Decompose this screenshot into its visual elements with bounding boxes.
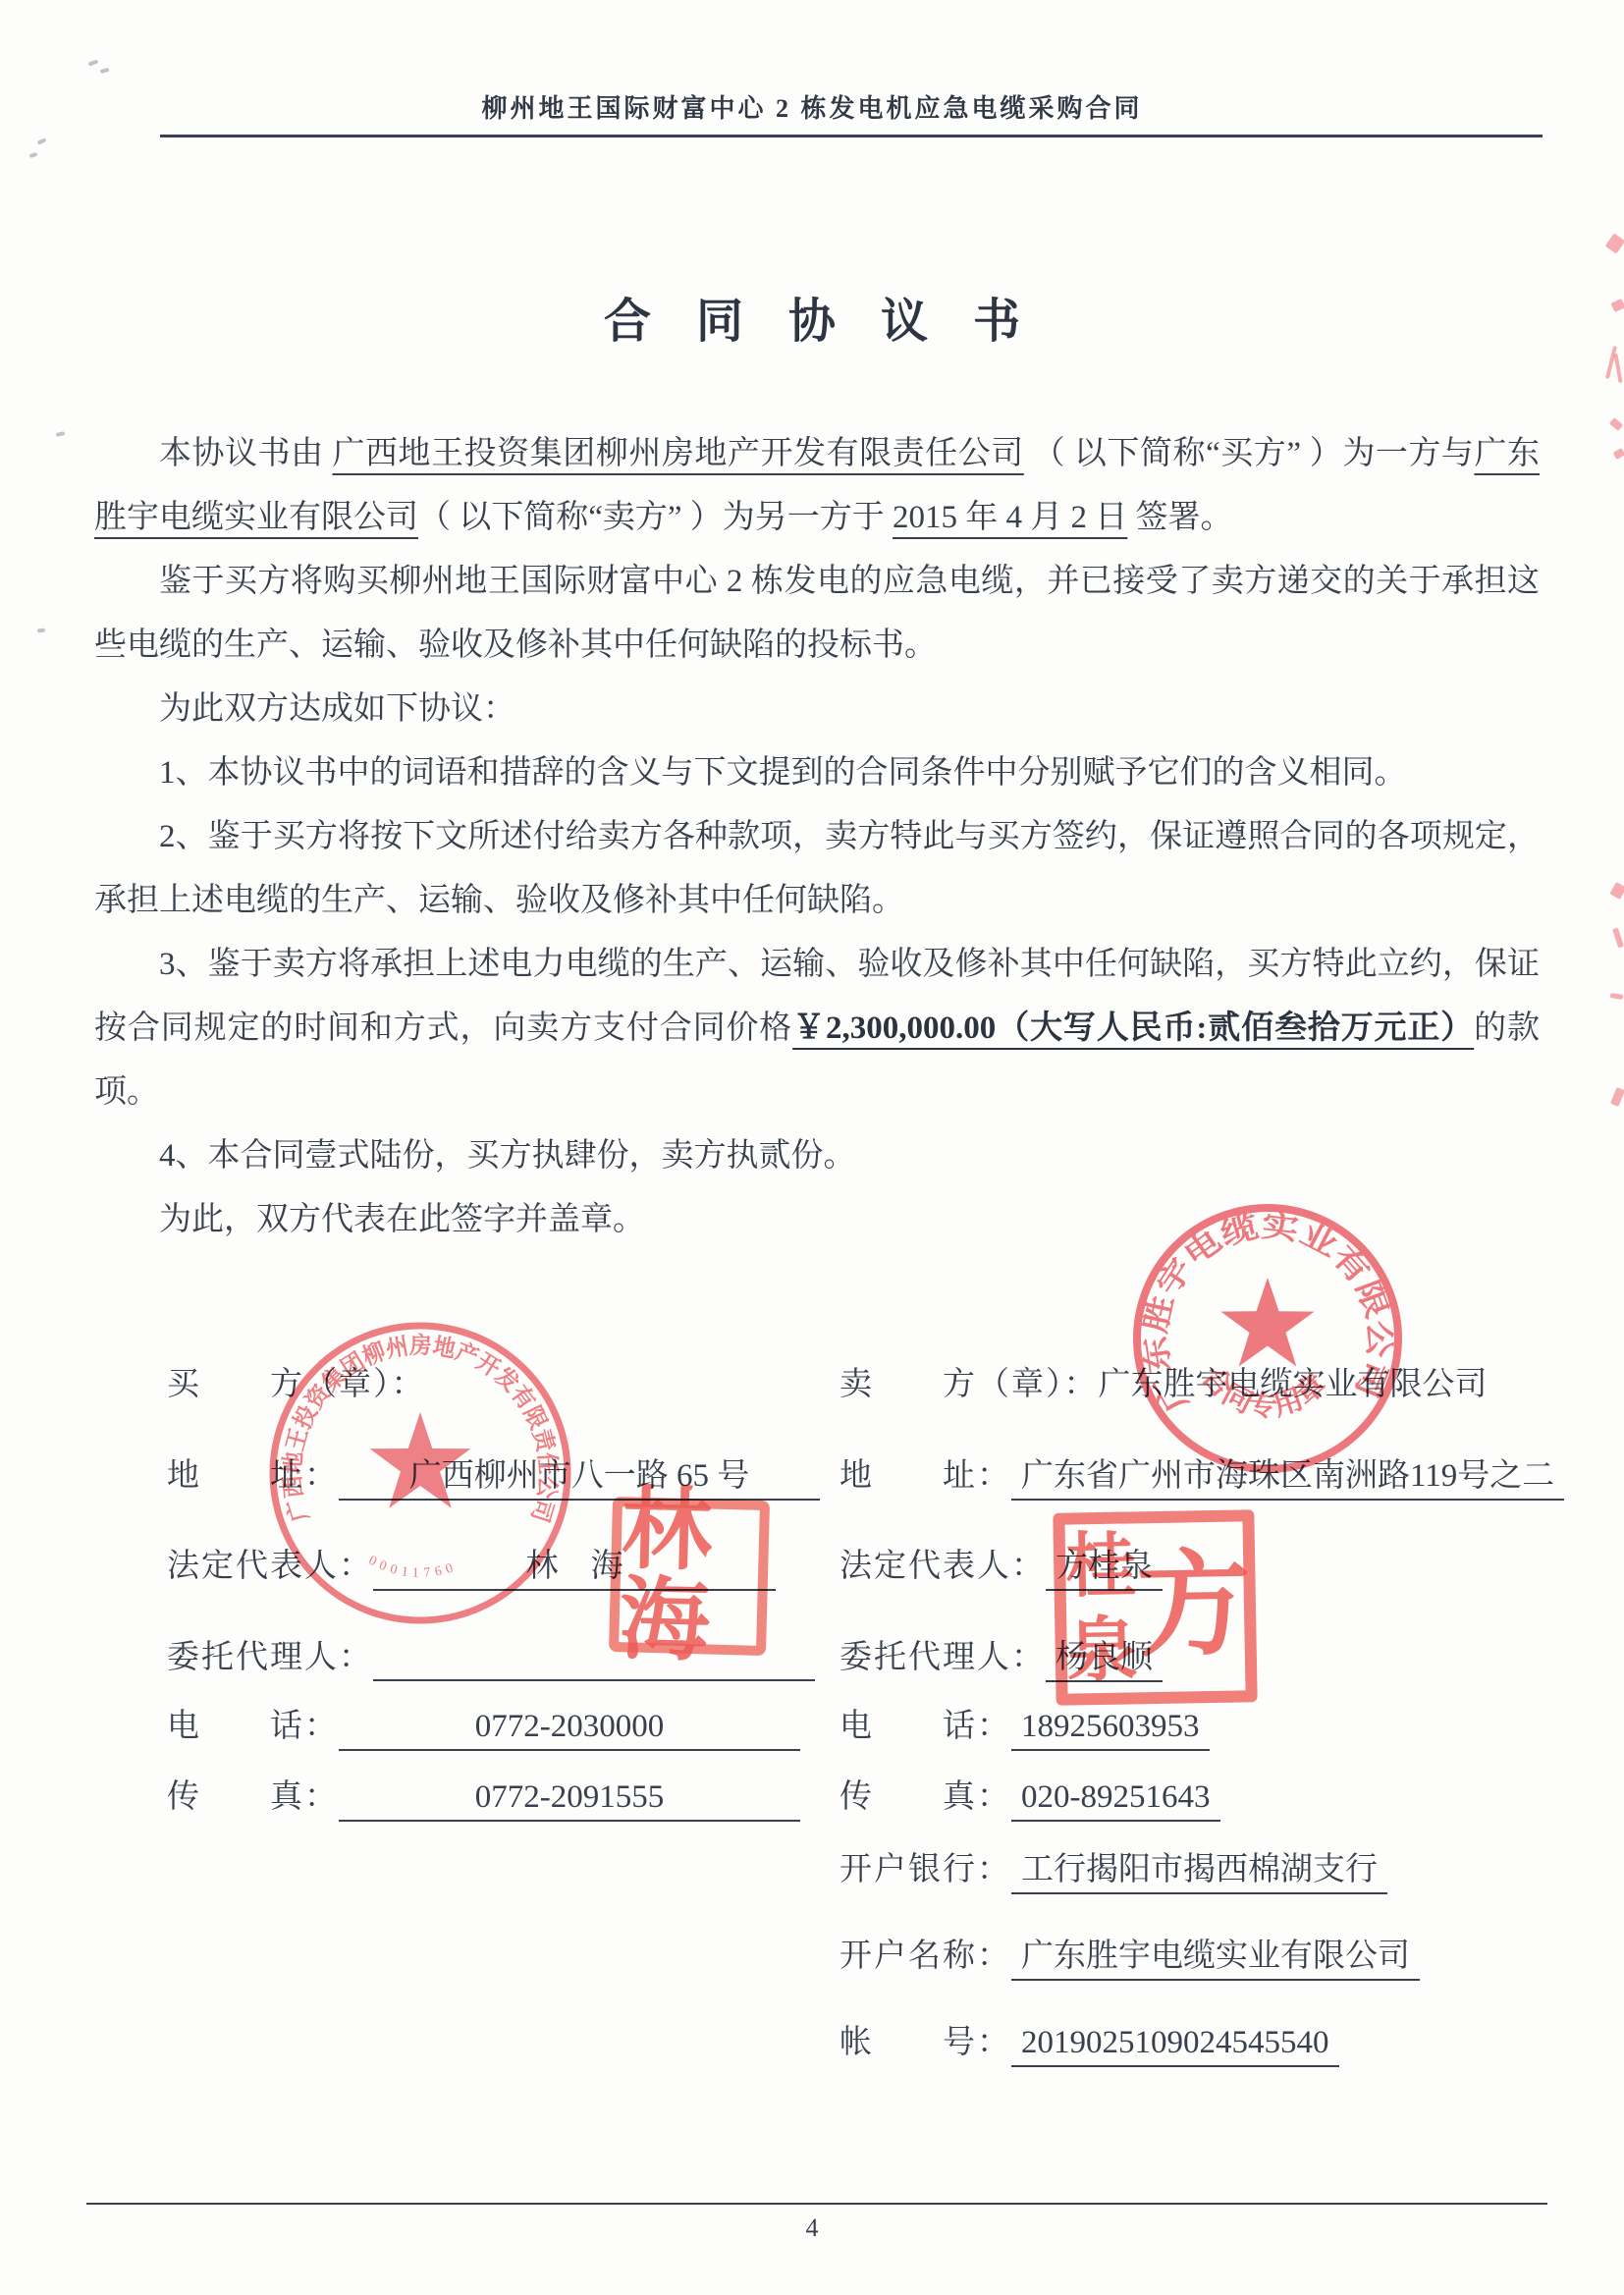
signing-date: 2015 年 4 月 2 日 <box>893 500 1127 535</box>
scan-artifact <box>1613 448 1624 460</box>
buyer-phone-label: 电 话： <box>167 1705 339 1749</box>
running-header: 柳州地王国际财富中心 2 栋发电机应急电缆采购合同 <box>0 88 1624 125</box>
paragraph-agreement-lead: 为此双方达成如下协议： <box>94 678 1540 741</box>
seller-party-label: 卖 方（章）： <box>839 1363 1099 1407</box>
page-title: 合同协议书 <box>0 283 1624 351</box>
seller-account-no-label: 帐 号： <box>839 2021 1011 2065</box>
intro-mid2: （ 以下简称“卖方” ）为另一方于 <box>418 500 893 535</box>
seller-address-label: 地 址： <box>839 1454 1011 1499</box>
seller-bank-value: 工行揭阳市揭西棉湖支行 <box>1011 1848 1387 1894</box>
paragraph-whereas: 鉴于买方将购买柳州地王国际财富中心 2 栋发电的应急电缆，并已接受了卖方递交的关… <box>94 550 1540 678</box>
seller-address-value: 广东省广州市海珠区南洲路119号之二 <box>1011 1454 1564 1501</box>
contract-price: ￥2,300,000.00（大写人民币:贰佰叁拾万元正） <box>792 1011 1474 1046</box>
seller-fax-value: 020-89251643 <box>1011 1776 1220 1822</box>
buyer-agent-row: 委托代理人： <box>167 1636 835 1705</box>
star-icon <box>1220 1278 1314 1367</box>
buyer-company-name: 广西地王投资集团柳州房地产开发有限责任公司 <box>332 436 1023 471</box>
seller-legal-rep-row: 法定代表人： 方桂泉 <box>839 1545 1566 1636</box>
clause-4: 4、本合同壹式陆份，买方执肆份，卖方执贰份。 <box>94 1124 1540 1188</box>
scan-artifact <box>29 152 38 158</box>
scan-artifact <box>37 137 47 144</box>
seller-legal-rep-value: 方桂泉 <box>1046 1545 1163 1591</box>
buyer-agent-value <box>373 1636 815 1681</box>
scan-artifact <box>1613 354 1622 383</box>
scan-artifact <box>1605 233 1624 253</box>
buyer-legal-rep-row: 法定代表人： 林 海 <box>167 1545 835 1636</box>
seller-account-name-label: 开户名称： <box>839 1935 1011 1979</box>
buyer-fax-row: 传 真： 0772-2091555 <box>167 1776 835 1848</box>
buyer-address-row: 地 址： 广西柳州市八一路 65 号 <box>167 1454 835 1545</box>
buyer-phone-row: 电 话： 0772-2030000 <box>167 1705 835 1776</box>
seller-address-row: 地 址： 广东省广州市海珠区南洲路119号之二 <box>839 1454 1566 1545</box>
seller-agent-value: 杨良顺 <box>1046 1636 1163 1682</box>
scan-artifact <box>56 431 66 437</box>
header-rule <box>160 135 1543 137</box>
buyer-agent-label: 委托代理人： <box>167 1636 373 1680</box>
scan-artifact <box>1612 928 1624 949</box>
seller-fax-label: 传 真： <box>839 1776 1011 1820</box>
seller-account-name-row: 开户名称： 广东胜宇电缆实业有限公司 <box>839 1935 1566 2021</box>
seller-phone-row: 电 话： 18925603953 <box>839 1705 1566 1776</box>
clause-3: 3、鉴于卖方将承担上述电力电缆的生产、运输、验收及修补其中任何缺陷，买方特此立约… <box>94 933 1540 1124</box>
scan-artifact <box>100 68 110 74</box>
closing-line: 为此，双方代表在此签字并盖章。 <box>94 1188 1540 1252</box>
buyer-phone-value: 0772-2030000 <box>339 1705 800 1751</box>
seller-phone-label: 电 话： <box>839 1705 1011 1749</box>
seller-party-row: 卖 方（章）： 广东胜宇电缆实业有限公司 <box>839 1363 1566 1454</box>
seller-account-no-row: 帐 号： 2019025109024545540 <box>839 2021 1566 2107</box>
seller-bank-label: 开户银行： <box>839 1848 1011 1892</box>
seller-account-name-value: 广东胜宇电缆实业有限公司 <box>1011 1935 1420 1981</box>
buyer-signature-block: 买 方（章）： 地 址： 广西柳州市八一路 65 号 法定代表人： 林 海 委托… <box>167 1363 835 1848</box>
seller-party-value: 广东胜宇电缆实业有限公司 <box>1099 1363 1488 1407</box>
buyer-legal-rep-label: 法定代表人： <box>167 1545 373 1589</box>
buyer-fax-label: 传 真： <box>167 1776 339 1820</box>
contract-page: 柳州地王国际财富中心 2 栋发电机应急电缆采购合同 合同协议书 本协议书由 广西… <box>0 0 1624 2295</box>
page-number: 4 <box>0 2213 1624 2243</box>
buyer-address-label: 地 址： <box>167 1454 339 1499</box>
seller-agent-label: 委托代理人： <box>839 1636 1046 1680</box>
scan-artifact <box>1609 882 1624 900</box>
seller-agent-row: 委托代理人： 杨良顺 <box>839 1636 1566 1705</box>
paragraph-intro: 本协议书由 广西地王投资集团柳州房地产开发有限责任公司 （ 以下简称“买方” ）… <box>94 422 1540 550</box>
clause-2: 2、鉴于买方将按下文所述付给卖方各种款项，卖方特此与买方签约，保证遵照合同的各项… <box>94 805 1540 933</box>
scan-artifact <box>37 628 45 632</box>
contract-body: 本协议书由 广西地王投资集团柳州房地产开发有限责任公司 （ 以下简称“买方” ）… <box>94 422 1540 1252</box>
seller-signature-block: 卖 方（章）： 广东胜宇电缆实业有限公司 地 址： 广东省广州市海珠区南洲路11… <box>839 1363 1566 2107</box>
buyer-party-row: 买 方（章）： <box>167 1363 835 1454</box>
seller-bank-row: 开户银行： 工行揭阳市揭西棉湖支行 <box>839 1848 1566 1935</box>
buyer-legal-rep-value: 林 海 <box>373 1545 776 1591</box>
footer-rule <box>86 2203 1547 2205</box>
seller-phone-value: 18925603953 <box>1011 1705 1210 1751</box>
buyer-party-label: 买 方（章）： <box>167 1363 426 1407</box>
intro-lead: 本协议书由 <box>159 436 332 471</box>
buyer-fax-value: 0772-2091555 <box>339 1776 800 1822</box>
scan-artifact <box>88 59 99 66</box>
seller-legal-rep-label: 法定代表人： <box>839 1545 1046 1589</box>
scan-artifact <box>1609 417 1623 431</box>
scan-artifact <box>1610 993 1624 1000</box>
seller-account-no-value: 2019025109024545540 <box>1011 2021 1339 2067</box>
clause-1: 1、本协议书中的词语和措辞的含义与下文提到的合同条件中分别赋予它们的含义相同。 <box>94 741 1540 805</box>
intro-tail: 签署。 <box>1127 500 1232 535</box>
intro-mid1: （ 以下简称“买方” ）为一方与 <box>1024 436 1475 471</box>
buyer-address-value: 广西柳州市八一路 65 号 <box>339 1454 820 1501</box>
scan-artifact <box>1610 1087 1624 1107</box>
seller-fax-row: 传 真： 020-89251643 <box>839 1776 1566 1848</box>
